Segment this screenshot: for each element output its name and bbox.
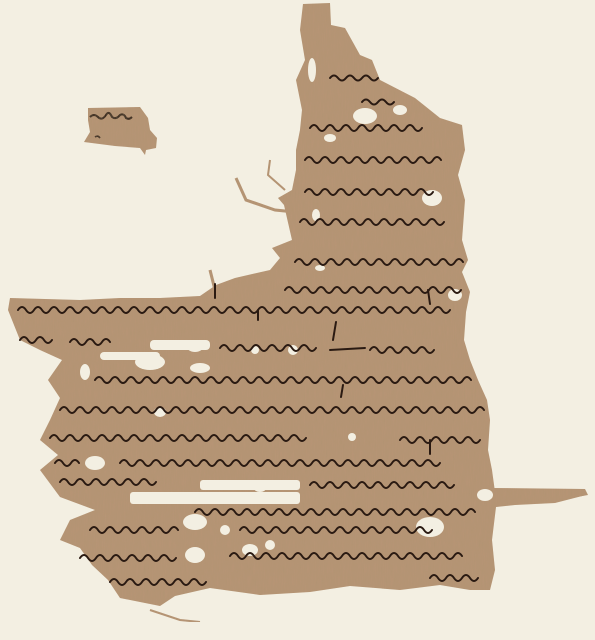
photo-stage: Ancient papyrus fragment with Greek curs… (0, 0, 595, 640)
small-fragment (84, 107, 157, 155)
papyrus-photo (0, 0, 595, 640)
